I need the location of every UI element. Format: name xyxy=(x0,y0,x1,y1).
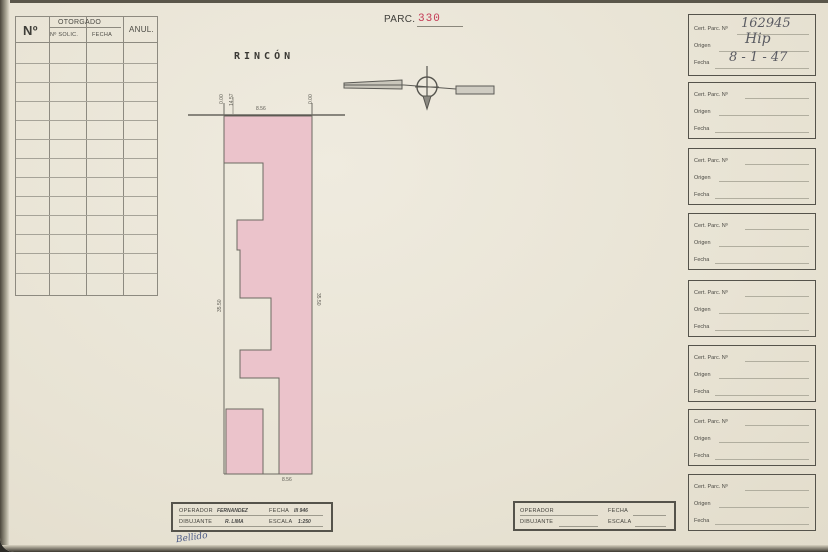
origin-label: Origen xyxy=(694,175,711,181)
dimension-frontage: 8.56 xyxy=(256,106,266,112)
date-label: FECHA xyxy=(608,508,628,514)
origin-label: Origen xyxy=(694,240,711,246)
cert-number-label: Cert. Parc. Nº xyxy=(694,355,728,361)
certificate-box-3: Cert. Parc. Nº Origen Fecha xyxy=(688,148,816,205)
operator-label: OPERADOR xyxy=(179,508,213,514)
cert-number-label: Cert. Parc. Nº xyxy=(694,158,728,164)
dimension-right-side: 35.50 xyxy=(315,293,321,306)
date-label: Fecha xyxy=(694,257,709,263)
dimension-right-tick: 0.00 xyxy=(308,94,314,104)
operator-value: FERNANDEZ xyxy=(217,508,248,514)
date-label: Fecha xyxy=(694,192,709,198)
certificate-box-6: Cert. Parc. Nº Origen Fecha xyxy=(688,345,816,402)
date-value: III 946 xyxy=(294,508,308,514)
operator-label: OPERADOR xyxy=(520,508,554,514)
origin-label: Origen xyxy=(694,109,711,115)
dimension-left-side: 35.50 xyxy=(217,299,223,312)
dimension-left-tick: 0.00 xyxy=(219,94,225,104)
date-value: 8 - 1 - 47 xyxy=(729,50,787,65)
certificate-box-4: Cert. Parc. Nº Origen Fecha xyxy=(688,213,816,270)
origin-value: Hip xyxy=(745,31,771,47)
origin-label: Origen xyxy=(694,501,711,507)
drafter-value: R. LIMA xyxy=(225,519,244,525)
cert-number-label: Cert. Parc. Nº xyxy=(694,26,728,32)
date-label: Fecha xyxy=(694,389,709,395)
title-block-blank: OPERADOR FECHA DIBUJANTE ESCALA xyxy=(513,501,676,531)
drafter-label: DIBUJANTE xyxy=(179,519,212,525)
certificate-box-2: Cert. Parc. Nº Origen Fecha xyxy=(688,82,816,139)
date-label: Fecha xyxy=(694,126,709,132)
cert-number-label: Cert. Parc. Nº xyxy=(694,290,728,296)
drafter-label: DIBUJANTE xyxy=(520,519,553,525)
dimension-corner-offset: 14.57 xyxy=(229,93,235,106)
cert-number-label: Cert. Parc. Nº xyxy=(694,419,728,425)
date-label: Fecha xyxy=(694,453,709,459)
parcel-card: Nº OTORGADO Nº SOLIC. FECHA ANUL. PARC. … xyxy=(0,0,828,552)
certificate-box-8: Cert. Parc. Nº Origen Fecha xyxy=(688,474,816,531)
date-label: FECHA xyxy=(269,508,289,514)
cert-number-label: Cert. Parc. Nº xyxy=(694,92,728,98)
dimension-rear: 8.56 xyxy=(282,477,292,483)
origin-label: Origen xyxy=(694,436,711,442)
origin-label: Origen xyxy=(694,43,711,49)
origin-label: Origen xyxy=(694,372,711,378)
date-label: Fecha xyxy=(694,518,709,524)
date-label: Fecha xyxy=(694,324,709,330)
scale-label: ESCALA xyxy=(269,519,293,525)
certificate-box-1: Cert. Parc. Nº 162945 Origen Hip Fecha 8… xyxy=(688,14,816,76)
origin-label: Origen xyxy=(694,307,711,313)
title-block-survey: OPERADOR FERNANDEZ FECHA III 946 DIBUJAN… xyxy=(171,502,333,532)
date-label: Fecha xyxy=(694,60,709,66)
cert-number-label: Cert. Parc. Nº xyxy=(694,484,728,490)
scale-label: ESCALA xyxy=(608,519,632,525)
cert-number-label: Cert. Parc. Nº xyxy=(694,223,728,229)
scale-value: 1:250 xyxy=(298,519,311,525)
cert-number-value: 162945 xyxy=(741,16,791,31)
certificate-box-7: Cert. Parc. Nº Origen Fecha xyxy=(688,409,816,466)
certificate-box-5: Cert. Parc. Nº Origen Fecha xyxy=(688,280,816,337)
